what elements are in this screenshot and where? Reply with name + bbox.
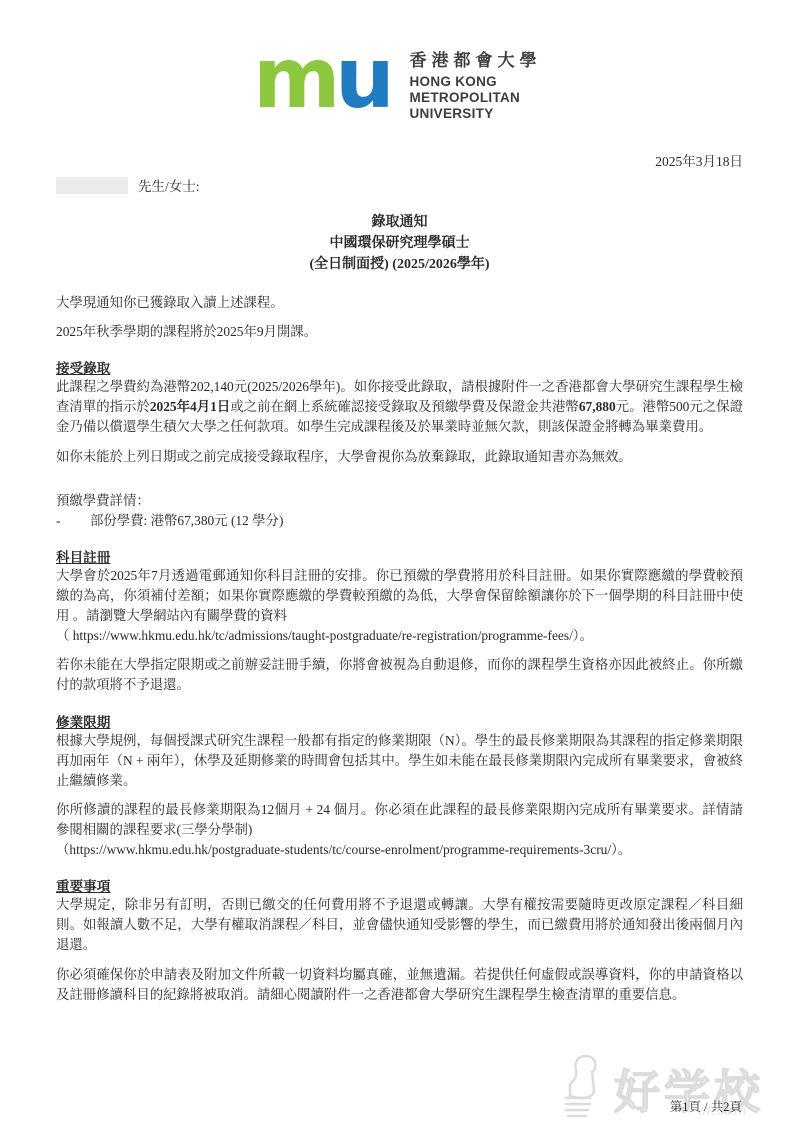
university-name-english-line1: HONG KONG bbox=[410, 74, 542, 90]
section-heading-study-period: 修業限期 bbox=[56, 711, 743, 731]
salutation-line: 先生/女士: bbox=[56, 175, 743, 195]
registration-paragraph-2: 若你未能在大學指定限期或之前辦妥註冊手續，你將會被視為自動退修，而你的課程學生資… bbox=[56, 655, 743, 695]
hkmu-mu-logo-icon: m u bbox=[259, 44, 395, 124]
svg-text:u: u bbox=[335, 44, 395, 124]
university-name-chinese: 香港都會大學 bbox=[410, 46, 542, 71]
page-indicator: 第1頁 / 共2頁 bbox=[670, 1097, 742, 1115]
letter-title-programme: 中國環保研究理學碩士 bbox=[56, 233, 743, 254]
intro-paragraph-2: 2025年秋季學期的課程將於2025年9月開課。 bbox=[56, 322, 743, 342]
salutation-text: 先生/女士: bbox=[138, 175, 200, 195]
prepaid-fee-label: 預繳學費詳情： bbox=[56, 491, 743, 511]
important-paragraph-1: 大學規定，除非另有訂明，否則已繳交的任何費用將不予退還或轉讓。大學有權按需要隨時… bbox=[56, 895, 743, 955]
letter-title-mode-year: (全日制面授) (2025/2026學年) bbox=[56, 254, 743, 275]
programme-requirements-url: （https://www.hkmu.edu.hk/postgraduate-st… bbox=[56, 840, 743, 860]
acceptance-deadline-bold: 2025年4月1日 bbox=[150, 399, 230, 414]
section-heading-acceptance: 接受錄取 bbox=[56, 357, 743, 377]
section-heading-course-registration: 科目註冊 bbox=[56, 546, 743, 566]
letter-date: 2025年3月18日 bbox=[56, 150, 743, 170]
acceptance-paragraph-1: 此課程之學費約為港幣202,140元(2025/2026學年)。如你接受此錄取，… bbox=[56, 377, 743, 437]
registration-paragraph-1: 大學會於2025年7月透過電郵通知你科目註冊的安排。你已預繳的學費將用於科目註冊… bbox=[56, 566, 743, 626]
redacted-recipient-name bbox=[56, 177, 128, 194]
letter-title-notice: 錄取通知 bbox=[56, 212, 743, 233]
study-period-paragraph-1: 根據大學規例，每個授課式研究生課程一般都有指定的修業期限（N）。學生的最長修業期… bbox=[56, 731, 743, 791]
programme-fees-url: （ https://www.hkmu.edu.hk/tc/admissions/… bbox=[56, 626, 743, 646]
university-name-english-line2: METROPOLITAN bbox=[410, 90, 542, 106]
acceptance-text-2: 或之前在網上系統確認接受錄取及預繳學費及保證金共港幣 bbox=[230, 399, 579, 414]
admission-letter-page: 好学校 al.com m u 香港都會大學 HONG KONG METROPOL… bbox=[0, 0, 800, 1132]
study-period-paragraph-2: 你所修讀的課程的最長修業期限為12個月 + 24 個月。你必須在此課程的最長修業… bbox=[56, 800, 743, 840]
intro-paragraph-1: 大學現通知你已獲錄取入讀上述課程。 bbox=[56, 293, 743, 313]
university-logo: m u 香港都會大學 HONG KONG METROPOLITAN UNIVER… bbox=[0, 0, 800, 124]
prepaid-fee-item-text: 部份學費: 港幣67,380元 (12 學分) bbox=[90, 511, 283, 531]
important-paragraph-2: 你必須確保你於申請表及附加文件所載一切資料均屬真確，並無遺漏。若提供任何虛假或誤… bbox=[56, 965, 743, 1005]
prepaid-fee-item: - 部份學費: 港幣67,380元 (12 學分) bbox=[56, 511, 743, 531]
letter-title-block: 錄取通知 中國環保研究理學碩士 (全日制面授) (2025/2026學年) bbox=[56, 212, 743, 275]
svg-text:m: m bbox=[259, 44, 341, 124]
university-name-block: 香港都會大學 HONG KONG METROPOLITAN UNIVERSITY bbox=[410, 46, 542, 122]
section-heading-important-notes: 重要事項 bbox=[56, 875, 743, 895]
thumbs-up-icon bbox=[556, 1052, 616, 1122]
university-name-english-line3: UNIVERSITY bbox=[410, 106, 542, 122]
acceptance-paragraph-2: 如你未能於上列日期或之前完成接受錄取程序，大學會視你為放棄錄取，此錄取通知書亦為… bbox=[56, 447, 743, 467]
list-dash: - bbox=[56, 511, 90, 531]
acceptance-amount-bold: 67,880 bbox=[579, 399, 616, 414]
